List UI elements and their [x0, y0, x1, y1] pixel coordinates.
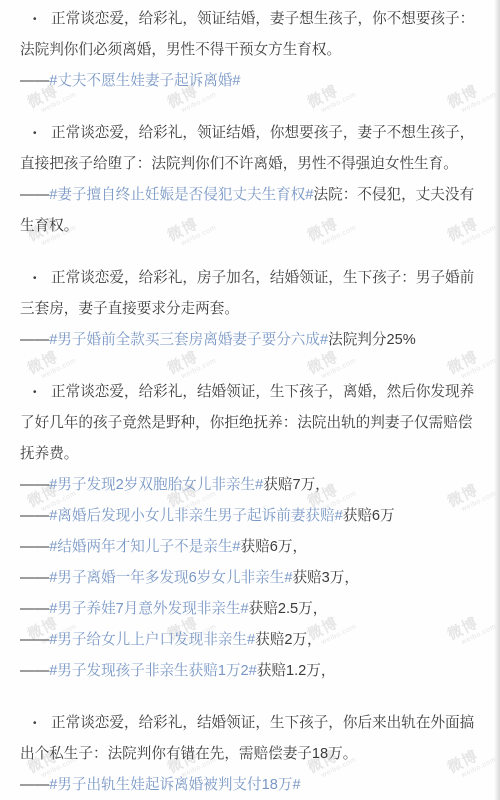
dash-prefix: —— — [20, 477, 49, 493]
post-paragraph: •正常谈恋爱，给彩礼，结婚领证，生下孩子，离婚，然后你发现养了好几年的孩子竟然是… — [20, 377, 476, 470]
paragraph-text: 正常谈恋爱，给彩礼，结婚领证，生下孩子，你后来出轨在外面搞出个私生子：法院判你有… — [20, 715, 474, 762]
paragraph-text: 正常谈恋爱，给彩礼，结婚领证，生下孩子，离婚，然后你发现养了好几年的孩子竟然是野… — [20, 384, 474, 462]
hashtag-line: ——#男子婚前全款买三套房离婚妻子要分六成#法院判分25% — [20, 325, 476, 356]
bullet-marker: • — [33, 377, 51, 408]
hashtag-link[interactable]: #男子给女儿上户口发现非亲生# — [49, 632, 255, 648]
hashtag-suffix: 获赔7万， — [263, 477, 330, 493]
bullet-marker: • — [33, 708, 51, 739]
hashtag-line: ——#男子出轨生娃起诉离婚被判支付18万# — [20, 770, 476, 800]
hashtag-suffix: 获赔3万， — [292, 570, 359, 586]
dash-prefix: —— — [20, 187, 49, 203]
hashtag-line: ——#结婚两年才知儿子不是亲生#获赔6万， — [20, 532, 476, 563]
post-paragraph: •正常谈恋爱，给彩礼，房子加名，结婚领证，生下孩子：男子婚前三套房，妻子直接要求… — [20, 263, 476, 325]
dash-prefix: —— — [20, 663, 49, 679]
dash-prefix: —— — [20, 508, 49, 524]
hashtag-line: ——#丈夫不愿生娃妻子起诉离婚# — [20, 66, 476, 97]
post-section: •正常谈恋爱，给彩礼，结婚领证，生下孩子，你后来出轨在外面搞出个私生子：法院判你… — [20, 708, 476, 800]
hashtag-link[interactable]: #结婚两年才知儿子不是亲生# — [49, 539, 240, 555]
hashtag-link[interactable]: #男子出轨生娃起诉离婚被判支付18万# — [49, 777, 300, 793]
hashtag-line: ——#男子给女儿上户口发现非亲生#获赔2万， — [20, 625, 476, 656]
paragraph-text: 正常谈恋爱，给彩礼，领证结婚，妻子想生孩子，你不想要孩子：法院判你们必须离婚，男… — [20, 11, 474, 58]
right-edge-shade — [494, 0, 500, 800]
hashtag-link[interactable]: #男子养娃7月意外发现非亲生# — [49, 601, 248, 617]
hashtag-link[interactable]: #男子离婚一年多发现6岁女儿非亲生# — [49, 570, 292, 586]
dash-prefix: —— — [20, 539, 49, 555]
hashtag-link[interactable]: #男子发现2岁双胞胎女儿非亲生# — [49, 477, 263, 493]
hashtag-line: ——#离婚后发现小女儿非亲生男子起诉前妻获赔#获赔6万 — [20, 501, 476, 532]
hashtag-line: ——#男子养娃7月意外发现非亲生#获赔2.5万， — [20, 594, 476, 625]
bullet-marker: • — [33, 118, 51, 149]
hashtag-line: ——#男子发现孩子非亲生获赔1万2#获赔1.2万， — [20, 656, 476, 687]
hashtag-link[interactable]: #男子发现孩子非亲生获赔1万2# — [49, 663, 257, 679]
hashtag-suffix: 获赔6万， — [241, 539, 308, 555]
hashtag-link[interactable]: #丈夫不愿生娃妻子起诉离婚# — [49, 73, 240, 89]
post-section: •正常谈恋爱，给彩礼，领证结婚，妻子想生孩子，你不想要孩子：法院判你们必须离婚，… — [20, 4, 476, 97]
dash-prefix: —— — [20, 777, 49, 793]
hashtag-line: ——#妻子擅自终止妊娠是否侵犯丈夫生育权#法院：不侵犯，丈夫没有生育权。 — [20, 180, 476, 242]
paragraph-text: 正常谈恋爱，给彩礼，房子加名，结婚领证，生下孩子：男子婚前三套房，妻子直接要求分… — [20, 270, 474, 317]
bullet-marker: • — [33, 4, 51, 35]
dash-prefix: —— — [20, 601, 49, 617]
dash-prefix: —— — [20, 632, 49, 648]
hashtag-line: ——#男子发现2岁双胞胎女儿非亲生#获赔7万， — [20, 470, 476, 501]
weibo-post-screenshot: 微博weibo.com微博weibo.com微博weibo.com微博weibo… — [0, 0, 500, 800]
post-paragraph: •正常谈恋爱，给彩礼，领证结婚，你想要孩子，妻子不想生孩子，直接把孩子给堕了：法… — [20, 118, 476, 180]
paragraph-text: 正常谈恋爱，给彩礼，领证结婚，你想要孩子，妻子不想生孩子，直接把孩子给堕了：法院… — [20, 125, 474, 172]
post-content: •正常谈恋爱，给彩礼，领证结婚，妻子想生孩子，你不想要孩子：法院判你们必须离婚，… — [20, 4, 476, 800]
dash-prefix: —— — [20, 570, 49, 586]
post-paragraph: •正常谈恋爱，给彩礼，领证结婚，妻子想生孩子，你不想要孩子：法院判你们必须离婚，… — [20, 4, 476, 66]
hashtag-line: ——#男子离婚一年多发现6岁女儿非亲生#获赔3万， — [20, 563, 476, 594]
hashtag-suffix: 获赔2.5万， — [249, 601, 328, 617]
post-section: •正常谈恋爱，给彩礼，房子加名，结婚领证，生下孩子：男子婚前三套房，妻子直接要求… — [20, 263, 476, 356]
post-paragraph: •正常谈恋爱，给彩礼，结婚领证，生下孩子，你后来出轨在外面搞出个私生子：法院判你… — [20, 708, 476, 770]
dash-prefix: —— — [20, 332, 49, 348]
hashtag-link[interactable]: #妻子擅自终止妊娠是否侵犯丈夫生育权# — [49, 187, 313, 203]
hashtag-suffix: 获赔6万 — [343, 508, 395, 524]
hashtag-suffix: 获赔2万， — [255, 632, 322, 648]
hashtag-link[interactable]: #男子婚前全款买三套房离婚妻子要分六成# — [49, 332, 328, 348]
hashtag-link[interactable]: #离婚后发现小女儿非亲生男子起诉前妻获赔# — [49, 508, 343, 524]
post-section: •正常谈恋爱，给彩礼，领证结婚，你想要孩子，妻子不想生孩子，直接把孩子给堕了：法… — [20, 118, 476, 242]
dash-prefix: —— — [20, 73, 49, 89]
post-section: •正常谈恋爱，给彩礼，结婚领证，生下孩子，离婚，然后你发现养了好几年的孩子竟然是… — [20, 377, 476, 687]
bullet-marker: • — [33, 263, 51, 294]
hashtag-suffix: 获赔1.2万， — [257, 663, 336, 679]
hashtag-suffix: 法院判分25% — [328, 332, 416, 348]
